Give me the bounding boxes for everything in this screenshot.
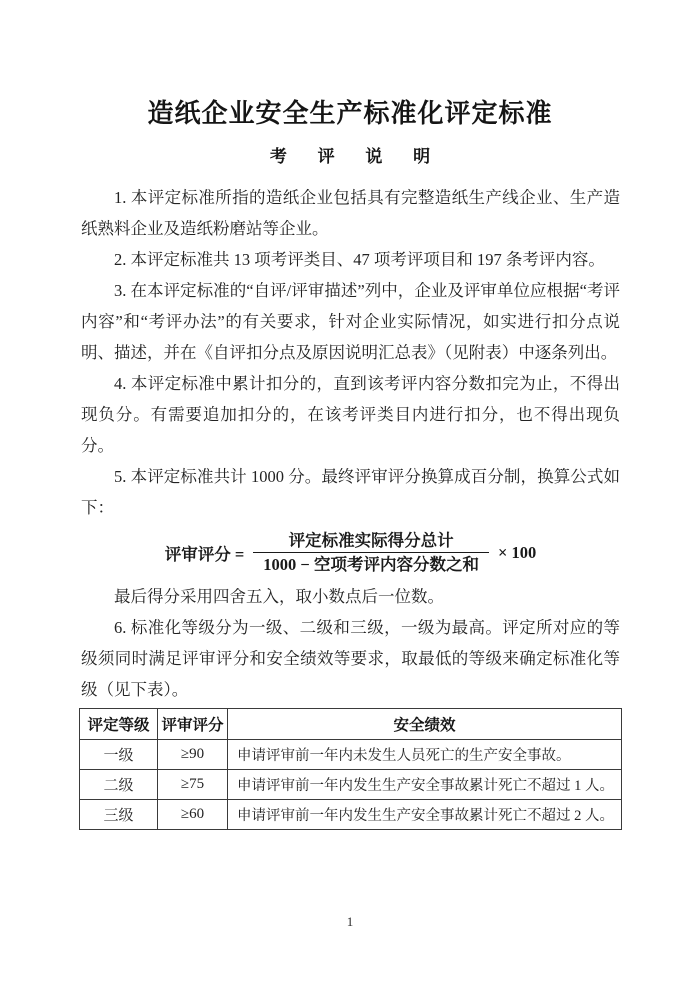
document-title: 造纸企业安全生产标准化评定标准 <box>0 100 700 126</box>
score-cell: ≥90 <box>158 740 228 770</box>
formula-denominator: 1000 − 空项考评内容分数之和 <box>253 553 489 575</box>
paragraph-6: 6. 标准化等级分为一级、二级和三级，一级为最高。评定所对应的等级须同时满足评审… <box>81 612 620 705</box>
performance-cell: 申请评审前一年内发生生产安全事故累计死亡不超过 2 人。 <box>228 800 622 830</box>
header-grade: 评定等级 <box>80 709 158 740</box>
performance-cell: 申请评审前一年内发生生产安全事故累计死亡不超过 1 人。 <box>228 770 622 800</box>
paragraph-2: 2. 本评定标准共 13 项考评类目、47 项考评项目和 197 条考评内容。 <box>81 244 620 275</box>
formula-numerator: 评定标准实际得分总计 <box>253 530 489 553</box>
section-heading: 考 评 说 明 <box>0 148 700 165</box>
document-page: 造纸企业安全生产标准化评定标准 考 评 说 明 1. 本评定标准所指的造纸企业包… <box>0 0 700 990</box>
grade-table-header-row: 评定等级 评审评分 安全绩效 <box>80 709 622 740</box>
document-body: 1. 本评定标准所指的造纸企业包括具有完整造纸生产线企业、生产造纸熟料企业及造纸… <box>0 182 700 830</box>
score-cell: ≥60 <box>158 800 228 830</box>
score-conversion-formula: 评审评分 = 评定标准实际得分总计 1000 − 空项考评内容分数之和 × 10… <box>81 530 620 575</box>
grade-cell: 一级 <box>80 740 158 770</box>
paragraph-1: 1. 本评定标准所指的造纸企业包括具有完整造纸生产线企业、生产造纸熟料企业及造纸… <box>81 182 620 244</box>
performance-cell: 申请评审前一年内未发生人员死亡的生产安全事故。 <box>228 740 622 770</box>
formula-lhs: 评审评分 = <box>165 541 245 565</box>
formula-fraction: 评定标准实际得分总计 1000 − 空项考评内容分数之和 <box>253 530 489 575</box>
table-row: 二级 ≥75 申请评审前一年内发生生产安全事故累计死亡不超过 1 人。 <box>80 770 622 800</box>
score-cell: ≥75 <box>158 770 228 800</box>
header-score: 评审评分 <box>158 709 228 740</box>
page-number: 1 <box>0 914 700 930</box>
table-row: 三级 ≥60 申请评审前一年内发生生产安全事故累计死亡不超过 2 人。 <box>80 800 622 830</box>
paragraph-3: 3. 在本评定标准的“自评/评审描述”列中，企业及评审单位应根据“考评内容”和“… <box>81 275 620 368</box>
header-performance: 安全绩效 <box>228 709 622 740</box>
paragraph-5: 5. 本评定标准共计 1000 分。最终评审评分换算成百分制，换算公式如下： <box>81 461 620 523</box>
table-row: 一级 ≥90 申请评审前一年内未发生人员死亡的生产安全事故。 <box>80 740 622 770</box>
paragraph-4: 4. 本评定标准中累计扣分的，直到该考评内容分数扣完为止，不得出现负分。有需要追… <box>81 368 620 461</box>
formula-note: 最后得分采用四舍五入，取小数点后一位数。 <box>81 581 620 612</box>
grade-table: 评定等级 评审评分 安全绩效 一级 ≥90 申请评审前一年内未发生人员死亡的生产… <box>79 708 622 830</box>
grade-cell: 三级 <box>80 800 158 830</box>
grade-cell: 二级 <box>80 770 158 800</box>
formula-multiplier: × 100 <box>498 543 536 563</box>
